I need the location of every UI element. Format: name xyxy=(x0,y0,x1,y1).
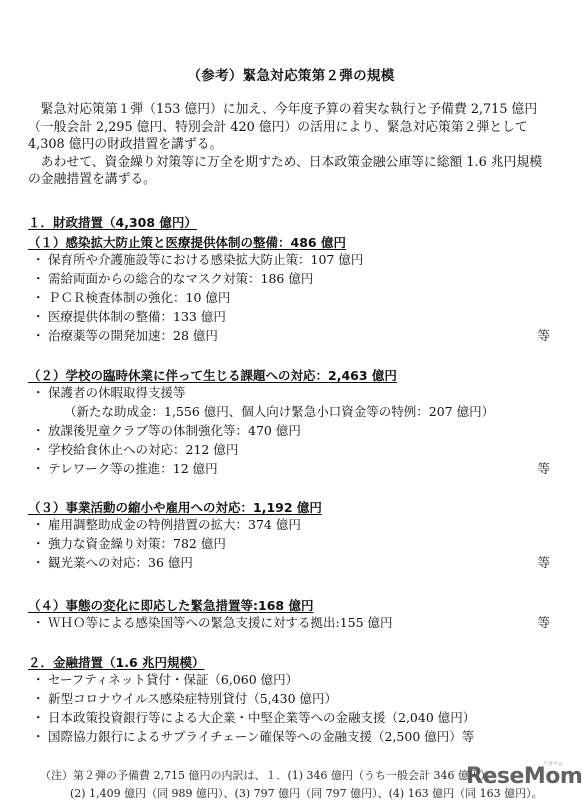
section-heading-fiscal: １．財政措置（4,308 億円） xyxy=(28,213,197,231)
list-item: ・新型コロナウイルス感染症特別貸付（5,430 億円） xyxy=(28,689,550,708)
bullet-icon: ・ xyxy=(28,440,48,459)
list-item: ・学校給食休止への対応：212 億円 xyxy=(28,440,550,459)
list-emergency-measures: ・ＷＨＯ等による感染国等への緊急支援に対する拠出:155 億円等 xyxy=(28,613,550,632)
sub-heading-emergency-measures: （４）事態の変化に即応した緊急措置等:168 億円 xyxy=(28,596,313,614)
list-item-detail: （新たな助成金：1,556 億円、個人向け緊急小口資金等の特例：207 億円） xyxy=(28,402,550,421)
etc-label: 等 xyxy=(537,613,550,632)
list-item: ・強力な資金繰り対策：782 億円 xyxy=(28,534,550,553)
list-item: ・保護者の休暇取得支援等 xyxy=(28,383,550,402)
sub-heading-infection-prevention: （１）感染拡大防止策と医療提供体制の整備：486 億円 xyxy=(28,233,346,251)
list-school-closure: ・保護者の休暇取得支援等 （新たな助成金：1,556 億円、個人向け緊急小口資金… xyxy=(28,383,550,478)
list-item: ・医療提供体制の整備：133 億円 xyxy=(28,307,550,326)
bullet-icon: ・ xyxy=(28,326,48,345)
list-item: ・需給両面からの総合的なマスク対策：186 億円 xyxy=(28,269,550,288)
list-item: ・ＷＨＯ等による感染国等への緊急支援に対する拠出:155 億円等 xyxy=(28,613,550,632)
bullet-icon: ・ xyxy=(28,421,48,440)
bullet-icon: ・ xyxy=(28,250,48,269)
list-item: ・保育所や介護施設等における感染拡大防止策：107 億円 xyxy=(28,250,550,269)
intro-text: 緊急対応策第１弾（153 億円）に加え、今年度予算の着実な執行と予備費 2,71… xyxy=(28,101,550,189)
bullet-icon: ・ xyxy=(28,708,48,727)
list-business-employment: ・雇用調整助成金の特例措置の拡大：374 億円 ・強力な資金繰り対策：782 億… xyxy=(28,515,550,572)
list-item: ・治療薬等の開発加速：28 億円等 xyxy=(28,326,550,345)
bullet-icon: ・ xyxy=(28,288,48,307)
bullet-icon: ・ xyxy=(28,553,48,572)
bullet-icon: ・ xyxy=(28,383,48,402)
bullet-icon: ・ xyxy=(28,307,48,326)
bullet-icon: ・ xyxy=(28,515,48,534)
section-heading-financial: ２．金融措置（1.6 兆円規模） xyxy=(28,653,205,671)
intro-paragraph-2: あわせて、資金繰り対策等に万全を期すため、日本政策金融公庫等に総額 1.6 兆円… xyxy=(28,154,550,189)
bullet-icon: ・ xyxy=(28,670,48,689)
list-item: ・セーフティネット貸付・保証（6,060 億円） xyxy=(28,670,550,689)
document-title: （参考）緊急対応策第２弾の規模 xyxy=(0,64,582,84)
bullet-icon: ・ xyxy=(28,689,48,708)
watermark-sub-label: リセマム xyxy=(543,760,563,767)
etc-label: 等 xyxy=(537,326,550,345)
list-item: ・テレワーク等の推進：12 億円等 xyxy=(28,459,550,478)
bullet-icon: ・ xyxy=(28,727,48,746)
sub-heading-school-closure: （２）学校の臨時休業に伴って生じる課題への対応：2,463 億円 xyxy=(28,366,397,384)
list-item: ・ＰＣＲ検査体制の強化：10 億円 xyxy=(28,288,550,307)
list-item: ・国際協力銀行によるサプライチェーン確保等への金融支援（2,500 億円）等 xyxy=(28,727,550,746)
bullet-icon: ・ xyxy=(28,459,48,478)
bullet-icon: ・ xyxy=(28,613,48,632)
watermark-logo: ReseMom. xyxy=(466,764,582,789)
bullet-icon: ・ xyxy=(28,269,48,288)
list-item: ・日本政策投資銀行等による大企業・中堅企業等への金融支援（2,040 億円） xyxy=(28,708,550,727)
intro-paragraph-1: 緊急対応策第１弾（153 億円）に加え、今年度予算の着実な執行と予備費 2,71… xyxy=(28,101,550,154)
list-financial: ・セーフティネット貸付・保証（6,060 億円） ・新型コロナウイルス感染症特別… xyxy=(28,670,550,746)
document-page: （参考）緊急対応策第２弾の規模 緊急対応策第１弾（153 億円）に加え、今年度予… xyxy=(0,0,582,804)
list-infection-prevention: ・保育所や介護施設等における感染拡大防止策：107 億円 ・需給両面からの総合的… xyxy=(28,250,550,345)
etc-label: 等 xyxy=(537,459,550,478)
etc-label: 等 xyxy=(537,553,550,572)
list-item: ・放課後児童クラブ等の体制強化等：470 億円 xyxy=(28,421,550,440)
list-item: ・観光業への対応：36 億円等 xyxy=(28,553,550,572)
sub-heading-business-employment: （３）事業活動の縮小や雇用への対応：1,192 億円 xyxy=(28,498,322,516)
list-item: ・雇用調整助成金の特例措置の拡大：374 億円 xyxy=(28,515,550,534)
bullet-icon: ・ xyxy=(28,534,48,553)
